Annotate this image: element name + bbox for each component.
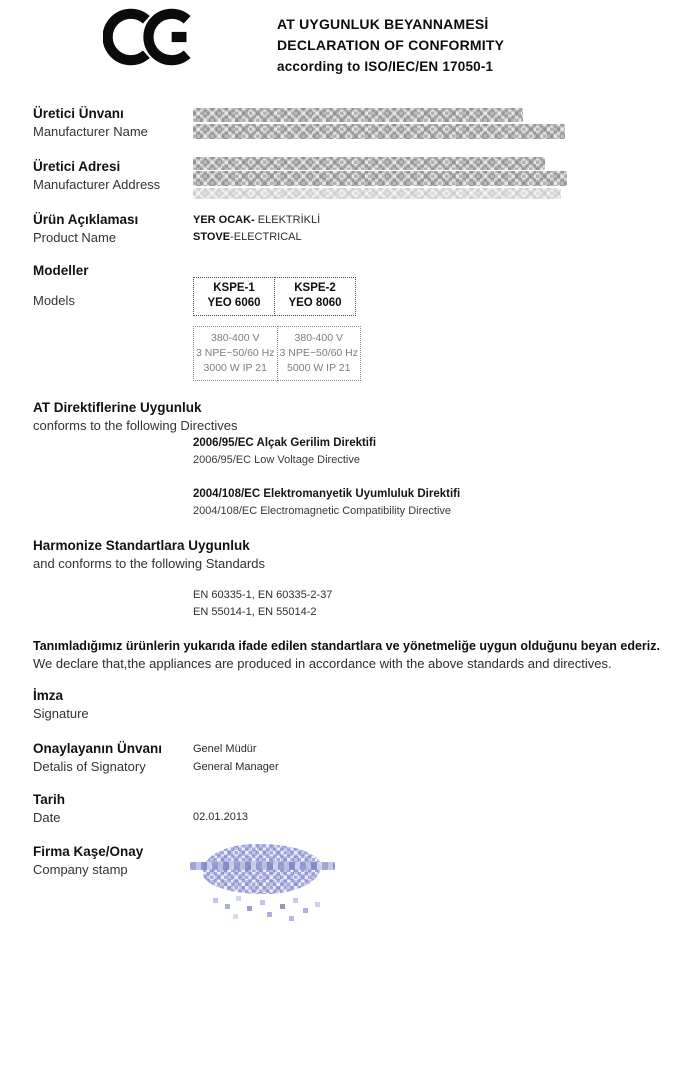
spec-power: 5000 W IP 21: [280, 361, 359, 376]
models-label-en: Models: [33, 293, 75, 308]
date-value: 02.01.2013: [193, 811, 248, 823]
signatory-value-en: General Manager: [193, 761, 279, 773]
spec-power: 3000 W IP 21: [196, 361, 275, 376]
conformity-document: AT UYGUNLUK BEYANNAMESİ DECLARATION OF C…: [0, 0, 679, 1077]
title-standard-ref: according to ISO/IEC/EN 17050-1: [277, 56, 504, 77]
manufacturer-address-label-tr: Üretici Adresi: [33, 159, 120, 174]
redacted-manufacturer-address-line2: [193, 171, 567, 186]
redacted-manufacturer-name-line2: [193, 124, 565, 139]
date-label-tr: Tarih: [33, 792, 65, 807]
model-name: KSPE-1: [196, 281, 272, 296]
model-cell-kspe2: KSPE-2 YEO 8060: [275, 278, 356, 316]
redacted-manufacturer-address-line1: [193, 157, 545, 170]
redacted-manufacturer-address-line3: [193, 188, 561, 199]
title-turkish: AT UYGUNLUK BEYANNAMESİ: [277, 14, 504, 35]
product-value-tr-bold: YER OCAK-: [193, 214, 255, 226]
directive-2-tr: 2004/108/EC Elektromanyetik Uyumluluk Di…: [193, 488, 460, 500]
stamp-label-en: Company stamp: [33, 862, 128, 877]
directives-heading-tr: AT Direktiflerine Uygunluk: [33, 400, 202, 415]
spec-phase: 3 NPE~50/60 Hz: [280, 346, 359, 361]
manufacturer-name-label-en: Manufacturer Name: [33, 124, 148, 139]
product-label-tr: Ürün Açıklaması: [33, 212, 138, 227]
manufacturer-name-label-tr: Üretici Ünvanı: [33, 106, 124, 121]
standards-heading-tr: Harmonize Standartlara Uygunluk: [33, 538, 250, 553]
spec-phase: 3 NPE~50/60 Hz: [196, 346, 275, 361]
product-value-en-bold: STOVE: [193, 231, 230, 243]
model-cell-kspe1: KSPE-1 YEO 6060: [194, 278, 275, 316]
spec-cell-kspe2: 380-400 V 3 NPE~50/60 Hz 5000 W IP 21: [277, 327, 361, 381]
declaration-statement-en: We declare that,the appliances are produ…: [33, 656, 612, 671]
stamp-label-tr: Firma Kaşe/Onay: [33, 844, 143, 859]
signatory-label-tr: Onaylayanın Ünvanı: [33, 741, 162, 756]
models-table: KSPE-1 YEO 6060 KSPE-2 YEO 8060: [193, 277, 356, 316]
product-value-tr-rest: ELEKTRİKLİ: [255, 214, 320, 226]
standards-line-1: EN 60335-1, EN 60335-2-37: [193, 589, 332, 601]
declaration-statement-tr: Tanımladığımız ürünlerin yukarıda ifade …: [33, 639, 660, 653]
product-label-en: Product Name: [33, 230, 116, 245]
signature-label-en: Signature: [33, 706, 89, 721]
model-name: KSPE-2: [277, 281, 353, 296]
directive-1-en: 2006/95/EC Low Voltage Directive: [193, 454, 360, 466]
ce-mark-icon: [103, 5, 193, 69]
standards-heading-en: and conforms to the following Standards: [33, 556, 265, 571]
model-code: YEO 6060: [196, 296, 272, 311]
specs-table: 380-400 V 3 NPE~50/60 Hz 3000 W IP 21 38…: [193, 326, 361, 381]
model-code: YEO 8060: [277, 296, 353, 311]
date-label-en: Date: [33, 810, 60, 825]
models-label-tr: Modeller: [33, 263, 89, 278]
spec-voltage: 380-400 V: [280, 331, 359, 346]
product-value-tr: YER OCAK- ELEKTRİKLİ: [193, 214, 320, 226]
directive-1-tr: 2006/95/EC Alçak Gerilim Direktifi: [193, 437, 376, 449]
product-value-en-rest: -ELECTRICAL: [230, 231, 302, 243]
signatory-value-tr: Genel Müdür: [193, 743, 257, 755]
signatory-label-en: Detalis of Signatory: [33, 759, 146, 774]
manufacturer-address-label-en: Manufacturer Address: [33, 177, 160, 192]
directive-2-en: 2004/108/EC Electromagnetic Compatibilit…: [193, 505, 451, 517]
product-value-en: STOVE-ELECTRICAL: [193, 231, 302, 243]
company-stamp-signature-band: [190, 862, 335, 870]
spec-cell-kspe1: 380-400 V 3 NPE~50/60 Hz 3000 W IP 21: [194, 327, 278, 381]
directives-heading-en: conforms to the following Directives: [33, 418, 237, 433]
standards-line-2: EN 55014-1, EN 55014-2: [193, 606, 317, 618]
signature-label-tr: İmza: [33, 688, 63, 703]
document-title-block: AT UYGUNLUK BEYANNAMESİ DECLARATION OF C…: [277, 14, 504, 77]
title-english: DECLARATION OF CONFORMITY: [277, 35, 504, 56]
company-stamp-speckles: [203, 846, 208, 851]
redacted-manufacturer-name-line1: [193, 108, 523, 122]
spec-voltage: 380-400 V: [196, 331, 275, 346]
